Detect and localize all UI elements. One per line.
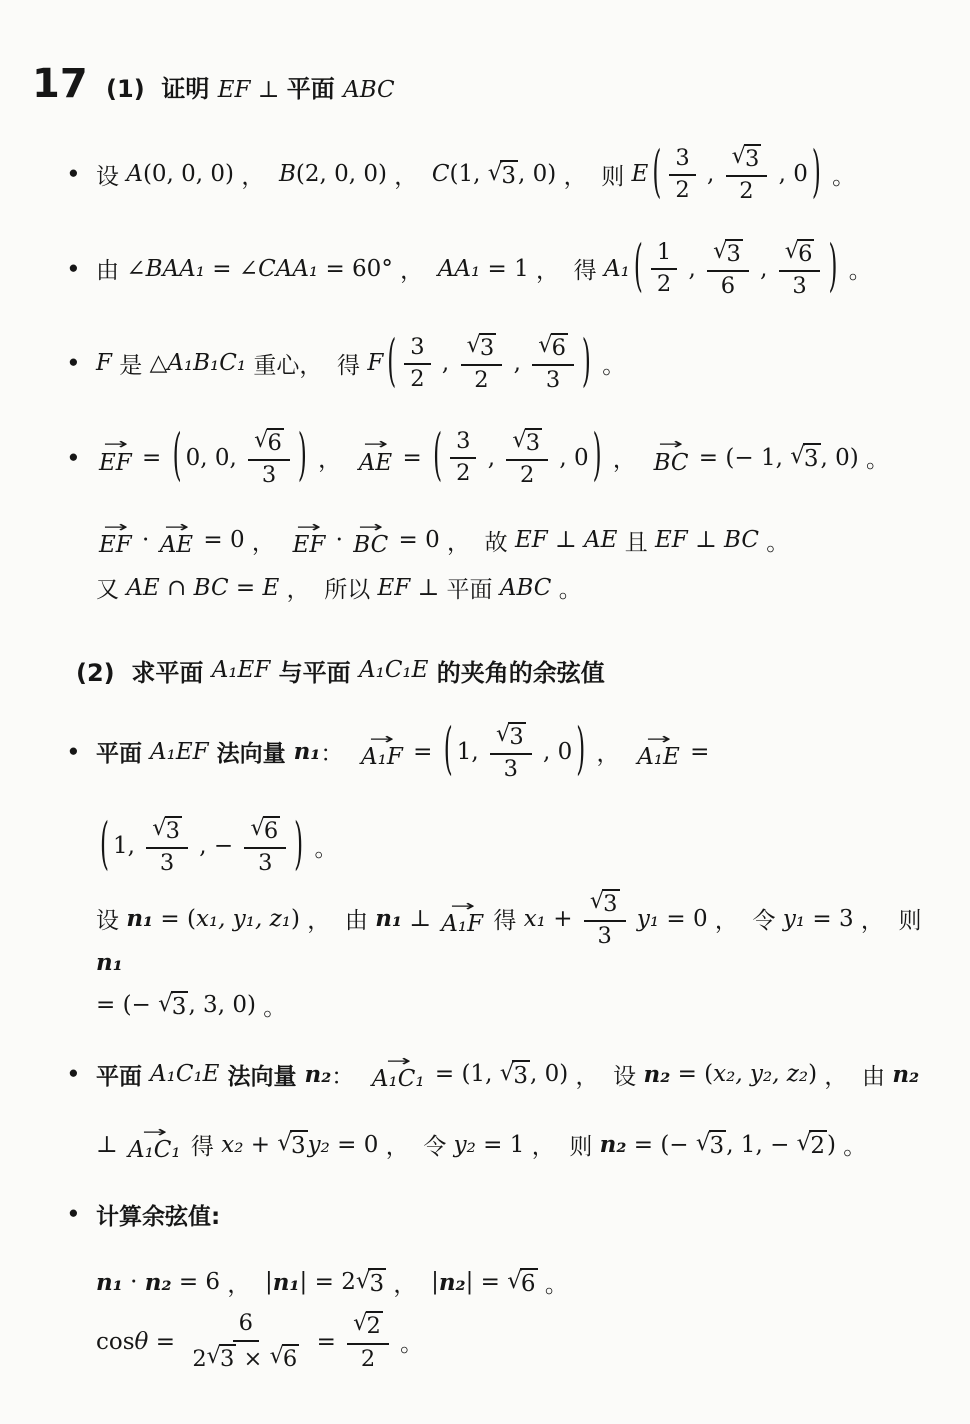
text-run: 6 (239, 1311, 253, 1336)
radicand: 3 (500, 160, 518, 189)
sqrt-radical: √3 (152, 816, 182, 844)
text-run: ⊥ (96, 1132, 125, 1158)
text-run: x₂ (221, 1132, 243, 1158)
step-n1-value: = (− √3, 3, 0) 。 (30, 988, 944, 1022)
text-run: 。 (859, 441, 889, 474)
vector-arrow-icon: → (369, 734, 394, 744)
text-run: = ( (153, 906, 196, 932)
fraction: 62√3 × √6 (186, 1311, 305, 1372)
radicand: 3 (479, 333, 496, 361)
part2-heading: (2) 求平面 A₁EF 与平面 A₁C₁E 的夹角的余弦值 (30, 653, 944, 688)
text-run: 平面 (96, 735, 150, 768)
sqrt-radical: √3 (696, 1130, 726, 1159)
text-run: BC (194, 575, 229, 601)
fraction-denominator: 3 (256, 461, 282, 488)
vector-letters: A₁E (637, 744, 680, 770)
text-run: = 1 (480, 256, 529, 282)
text-run: A₁C₁E (359, 657, 428, 683)
text-run: = 0 (330, 1132, 379, 1158)
fraction: √33 (584, 889, 626, 950)
sqrt-radical: √3 (500, 1060, 530, 1089)
text-run: EF (515, 527, 548, 553)
big-paren-close: ) (298, 430, 307, 486)
text-run: ⊥ (402, 906, 438, 932)
radicand: 2 (366, 1311, 383, 1339)
fraction: √32 (506, 428, 548, 489)
text-run: n₂ (439, 1269, 466, 1296)
text-run: = (1, (428, 1061, 500, 1087)
step-set-coordinates: 设 A(0, 0, 0) ， B(2, 0, 0) ， C(1, √3, 0) … (30, 144, 944, 205)
text-run: F (96, 350, 112, 376)
radicand: 3 (602, 889, 619, 917)
big-paren-close: ) (828, 241, 837, 297)
vector-EF: →EF (293, 522, 326, 559)
text-run: A₁EF (212, 657, 271, 683)
radicand: 3 (290, 1130, 308, 1159)
big-paren-close: ) (576, 724, 585, 780)
radicand: 3 (744, 144, 761, 172)
text-run: | = (466, 1269, 508, 1295)
big-paren-close: ) (582, 335, 591, 391)
vector-letters: EF (99, 532, 132, 558)
big-paren-open: ( (173, 430, 182, 486)
text-run: 3 (410, 335, 424, 360)
radicand: 6 (282, 1344, 299, 1372)
vector-arrow-icon: → (142, 1127, 167, 1137)
text-run: E (632, 161, 649, 187)
vector-letters: EF (293, 532, 326, 558)
text-run: ⊥ (548, 527, 584, 553)
fraction-denominator: 3 (252, 849, 278, 876)
vector-AE: →AE (160, 522, 193, 559)
vector-letters: A₁F (361, 744, 403, 770)
fraction-numerator: 6 (233, 1311, 259, 1341)
text-run: ， 则 (556, 158, 631, 191)
text-run: ， 设 (568, 1058, 643, 1091)
text-run: x₂, y₂, z₂ (713, 1061, 808, 1087)
text-run: ， (234, 158, 279, 191)
vector-EF: →EF (99, 522, 132, 559)
text-run: × (236, 1347, 269, 1372)
text-run: AA₁ (438, 256, 480, 282)
text-run: 是 (112, 347, 150, 380)
text-run: 3 (792, 274, 806, 299)
text-run: ) (808, 1061, 817, 1087)
text-run: 3 (456, 429, 470, 454)
sqrt-radical: √3 (790, 443, 820, 472)
vector-A₁F: →A₁F (361, 734, 403, 771)
text-run: ∠ (126, 256, 145, 282)
text-run: 。 (551, 571, 581, 604)
text-run: , (480, 445, 502, 471)
text-run: 0, 0, (186, 445, 245, 471)
text-run: 2 (739, 179, 753, 204)
text-run: 2 (456, 461, 470, 486)
text-run: , 0) (821, 445, 859, 471)
fraction-numerator: √3 (490, 722, 532, 755)
text-run: 1 (657, 240, 671, 265)
text-run: 平面 (96, 1058, 150, 1091)
vector-arrow-icon: → (358, 522, 383, 532)
text-run: ， 得 (529, 252, 604, 285)
text-run: F (367, 350, 383, 376)
text-run: ： (331, 1058, 369, 1091)
text-run: 与平面 (270, 653, 359, 688)
text-run: ⊥ (410, 575, 446, 601)
text-run: = 60° (318, 256, 393, 282)
radicand: 3 (368, 1268, 386, 1297)
text-run: n₂ (892, 1061, 919, 1088)
fraction-denominator: 2 (651, 270, 677, 297)
text-run: , 0 (552, 445, 589, 471)
vector-arrow-icon: → (103, 439, 128, 449)
vector-letters: BC (353, 532, 388, 558)
sqrt-radical: √6 (250, 816, 280, 844)
vector-arrow-icon: → (386, 1056, 411, 1066)
fraction-numerator: √6 (779, 239, 821, 272)
text-run: A₁C₁E (150, 1061, 219, 1087)
big-paren-open: ( (433, 430, 442, 486)
radicand: 6 (520, 1268, 538, 1297)
text-run: = (− (96, 992, 158, 1018)
fraction-numerator: √3 (506, 428, 548, 461)
big-paren-close: ) (812, 146, 821, 202)
vector-A₁C₁: →A₁C₁ (128, 1127, 181, 1164)
text-run: ∩ (160, 575, 194, 601)
fraction: 12 (651, 240, 677, 298)
vector-letters: A₁C₁ (128, 1137, 181, 1163)
step-solve-n2: ⊥ →A₁C₁ 得 x₂ + √3y₂ = 0 ， 令 y₂ = 1 ， 则 n… (30, 1127, 944, 1164)
vector-A₁F: →A₁F (441, 901, 483, 938)
text-run: n₁ (294, 738, 321, 765)
text-run: | (265, 1269, 273, 1295)
text-run: y₁ (783, 906, 805, 932)
text-run: n₂ (600, 1131, 627, 1158)
text-run: 平面 (447, 571, 500, 604)
text-run: 得 (486, 902, 524, 935)
text-run: E (262, 575, 279, 601)
radicand: 3 (803, 443, 821, 472)
sqrt-radical: √6 (254, 428, 284, 456)
text-run: ， (387, 158, 432, 191)
text-run: n₂ (145, 1269, 172, 1296)
vector-letters: A₁C₁ (372, 1066, 425, 1092)
sqrt-radical: √3 (512, 428, 542, 456)
fraction: √63 (779, 239, 821, 300)
text-run: 平面 (287, 69, 343, 104)
step-solve-n1: 设 n₁ = (x₁, y₁, z₁) ， 由 n₁ ⊥ →A₁F 得 x₁ +… (30, 889, 944, 977)
text-run: 1, (113, 833, 142, 859)
step-final-cosine: cosθ = 62√3 × √6 = √22 。 (30, 1311, 944, 1372)
text-run: 又 (96, 571, 126, 604)
text-run: ， (393, 252, 438, 285)
text-run: 且 (617, 524, 655, 557)
step-A1E-value: (1, √33 , − √63) 。 (30, 816, 944, 877)
text-run: EF (378, 575, 411, 601)
text-run: n₁ (375, 905, 402, 932)
text-run: + (243, 1132, 277, 1158)
text-run: 2 (657, 272, 671, 297)
sqrt-radical: √3 (713, 239, 743, 267)
fraction-denominator: 3 (498, 755, 524, 782)
sqrt-radical: √3 (732, 144, 762, 172)
text-run: A₁ (604, 256, 630, 282)
fraction-numerator: √6 (244, 816, 286, 849)
text-run: 。 (307, 830, 337, 863)
radicand: 3 (725, 239, 742, 267)
fraction: √36 (707, 239, 749, 300)
text-run: = 6 (172, 1269, 221, 1295)
text-run: , (753, 256, 775, 282)
text-run: = ( (670, 1061, 713, 1087)
fraction-numerator: 1 (651, 240, 677, 270)
fraction-numerator: 3 (669, 146, 695, 176)
text-run: = (− (626, 1132, 695, 1158)
vector-arrow-icon: → (296, 522, 321, 532)
sqrt-radical: √3 (488, 160, 518, 189)
big-paren-open: ( (444, 724, 453, 780)
text-run: ， (245, 524, 290, 557)
sqrt-radical: √3 (496, 722, 526, 750)
fraction: √63 (532, 333, 574, 394)
step-find-F-centroid: F 是 △A₁B₁C₁ 重心， 得 F(32 , √32 , √63) 。 (30, 333, 944, 394)
sqrt-radical: √6 (270, 1344, 300, 1372)
radicand: 2 (809, 1130, 827, 1159)
big-paren-open: ( (634, 241, 643, 297)
text-run: ) (291, 906, 300, 932)
text-run: 法向量 (209, 735, 294, 768)
text-run: 3 (597, 924, 611, 949)
sqrt-radical: √3 (356, 1268, 386, 1297)
text-run: 。 (256, 989, 286, 1022)
vector-letters: AE (160, 532, 193, 558)
text-run: , 1, − (726, 1132, 796, 1158)
solution-content: 17 (1) 证明 EF ⊥ 平面 ABC设 A(0, 0, 0) ， B(2,… (30, 64, 944, 1372)
text-run: 。 (595, 347, 625, 380)
fraction: √33 (146, 816, 188, 877)
fraction-denominator: 2 (669, 176, 695, 203)
sqrt-radical: √3 (277, 1130, 307, 1159)
fraction-denominator: 2 (450, 459, 476, 486)
step-normal-n1-setup: 平面 A₁EF 法向量 n₁： →A₁F = (1, √33 , 0) ， →A… (30, 722, 944, 783)
text-run: , 0) (518, 161, 556, 187)
fraction: √32 (461, 333, 503, 394)
text-run: ， 所以 (279, 571, 377, 604)
big-paren-open: ( (387, 335, 396, 391)
fraction: √22 (347, 1311, 389, 1372)
text-run: n₁ (126, 905, 153, 932)
radicand: 3 (512, 1060, 530, 1089)
fraction-numerator: √6 (248, 428, 290, 461)
text-run: 2 (361, 1347, 375, 1372)
sqrt-radical: √3 (590, 889, 620, 917)
text-run: ， 由 (817, 1058, 892, 1091)
text-run: ) (827, 1132, 836, 1158)
text-run: 2 (520, 463, 534, 488)
text-run: (1, (450, 161, 488, 187)
text-run: = 1 (476, 1132, 525, 1158)
text-run: y₁ (630, 906, 660, 932)
fraction-denominator: 2 (514, 461, 540, 488)
text-run: , 0) (530, 1061, 568, 1087)
vector-letters: EF (99, 450, 132, 476)
text-run: A (126, 161, 143, 187)
radicand: 3 (709, 1130, 727, 1159)
radicand: 3 (219, 1344, 236, 1372)
fraction-numerator: √3 (726, 144, 768, 177)
vector-A₁C₁: →A₁C₁ (372, 1056, 425, 1093)
text-run: 2 (410, 367, 424, 392)
text-run: = 0 (391, 527, 440, 553)
fraction-numerator: √3 (584, 889, 626, 922)
text-run: x₁ (524, 906, 546, 932)
text-run: AE (126, 575, 159, 601)
text-run: A₁B₁C₁ (167, 350, 246, 376)
text-run: △ (150, 350, 168, 376)
text-run: ， 令 (708, 902, 783, 935)
sqrt-radical: √6 (785, 239, 815, 267)
fraction-denominator: 6 (715, 272, 741, 299)
text-run: · (135, 527, 157, 553)
sqrt-radical: √2 (797, 1130, 827, 1159)
step-compute-cosine-heading: 计算余弦值: (30, 1197, 944, 1231)
text-run: = 3 (805, 906, 854, 932)
step-dot-products-zero: →EF · →AE = 0 ， →EF · →BC = 0 ， 故 EF ⊥ A… (30, 522, 944, 559)
text-run: ： (320, 735, 358, 768)
text-run: , 3, 0) (188, 992, 255, 1018)
text-run: n₁ (273, 1269, 300, 1296)
big-paren-open: ( (652, 146, 661, 202)
text-run: 3 (546, 368, 560, 393)
text-run: = (395, 445, 429, 471)
text-run: BC (724, 527, 759, 553)
vector-arrow-icon: → (164, 522, 189, 532)
text-run: ， (311, 441, 356, 474)
sqrt-radical: √3 (207, 1344, 237, 1372)
text-run: ， (606, 441, 651, 474)
text-run: 2 (675, 178, 689, 203)
fraction-denominator: 3 (154, 849, 180, 876)
radicand: 6 (797, 239, 814, 267)
sqrt-radical: √2 (353, 1311, 383, 1339)
text-run: ， 由 (300, 902, 375, 935)
text-run: 2 (474, 368, 488, 393)
vector-arrow-icon: → (103, 522, 128, 532)
fraction: √63 (248, 428, 290, 489)
text-run: 3 (160, 851, 174, 876)
text-run: A₁EF (150, 739, 209, 765)
fraction-denominator: 2 (404, 365, 430, 392)
math-solution-page: 17 (1) 证明 EF ⊥ 平面 ABC设 A(0, 0, 0) ， B(2,… (0, 0, 970, 1424)
radicand: 6 (263, 816, 280, 844)
step-conclusion-part1: 又 AE ∩ BC = E ， 所以 EF ⊥ 平面 ABC 。 (30, 571, 944, 605)
text-run: 3 (258, 851, 272, 876)
text-run: ， 令 (378, 1128, 453, 1161)
vector-BC: →BC (353, 522, 388, 559)
text-run: ， 则 (524, 1128, 599, 1161)
text-run: ABC (343, 77, 395, 103)
text-run: 设 (96, 902, 126, 935)
fraction: √63 (244, 816, 286, 877)
text-run: EF (655, 527, 688, 553)
text-run: ， 故 (440, 524, 515, 557)
text-run: , (681, 256, 703, 282)
text-run: y₂ (454, 1132, 476, 1158)
text-run: = ∠ (205, 256, 258, 282)
text-run: 。 (841, 252, 871, 285)
fraction-numerator: √2 (347, 1311, 389, 1344)
radicand: 3 (171, 991, 189, 1020)
fraction-denominator: 2 (733, 177, 759, 204)
big-paren-close: ) (593, 430, 602, 486)
step-dot-and-norms: n₁ · n₂ = 6 ， |n₁| = 2√3 ， |n₂| = √6 。 (30, 1265, 944, 1299)
text-run: · (123, 1269, 145, 1295)
text-run: C (432, 161, 450, 187)
text-run: = (406, 739, 440, 765)
fraction-denominator: 3 (591, 922, 617, 949)
step-find-A1: 由 ∠BAA₁ = ∠CAA₁ = 60° ， AA₁ = 1 ， 得 A₁(1… (30, 239, 944, 300)
vector-arrow-icon: → (659, 439, 684, 449)
sqrt-radical: √6 (507, 1268, 537, 1297)
fraction-numerator: √3 (146, 816, 188, 849)
sqrt-radical: √3 (158, 991, 188, 1020)
text-run: = (683, 739, 710, 765)
fraction-numerator: 3 (450, 429, 476, 459)
text-run: (0, 0, 0) (143, 161, 234, 187)
sqrt-radical: √6 (538, 333, 568, 361)
fraction-numerator: √6 (532, 333, 574, 366)
text-run: cos (96, 1329, 135, 1355)
radicand: 3 (525, 428, 542, 456)
text-run: 法向量 (219, 1058, 304, 1091)
text-run: , (700, 161, 722, 187)
text-run: 1, (457, 739, 486, 765)
text-run: + (546, 906, 580, 932)
text-run: 。 (538, 1266, 568, 1299)
text-run: 6 (721, 274, 735, 299)
text-run: = (135, 445, 169, 471)
vector-arrow-icon: → (363, 439, 388, 449)
text-run: 的夹角的余弦值 (428, 653, 604, 688)
big-paren-open: ( (100, 818, 109, 874)
fraction: √32 (726, 144, 768, 205)
text-run: ABC (500, 575, 552, 601)
fraction-denominator: 2 (468, 366, 494, 393)
text-run: x₁, y₁, z₁ (196, 906, 291, 932)
text-run: | (431, 1269, 439, 1295)
text-run: = (− 1, (692, 445, 791, 471)
problem-number: 17 (32, 64, 88, 104)
text-run: 。 (393, 1325, 423, 1358)
vector-arrow-icon: → (646, 734, 671, 744)
text-run: ， (386, 1266, 431, 1299)
text-run: AE (584, 527, 617, 553)
text-run: ， 则 (854, 902, 929, 935)
text-run: 。 (836, 1128, 866, 1161)
text-run: EF (218, 77, 251, 103)
text-run: 。 (825, 158, 855, 191)
text-run: = (229, 575, 263, 601)
radicand: 3 (508, 722, 525, 750)
text-run: n₁ (96, 949, 123, 976)
text-run: = (148, 1329, 182, 1355)
text-run: (2, 0, 0) (296, 161, 387, 187)
big-paren-close: ) (294, 818, 303, 874)
text-run: , 0 (771, 161, 808, 187)
text-run: 3 (262, 463, 276, 488)
text-run: , 0 (536, 739, 573, 765)
text-run: 。 (759, 524, 789, 557)
